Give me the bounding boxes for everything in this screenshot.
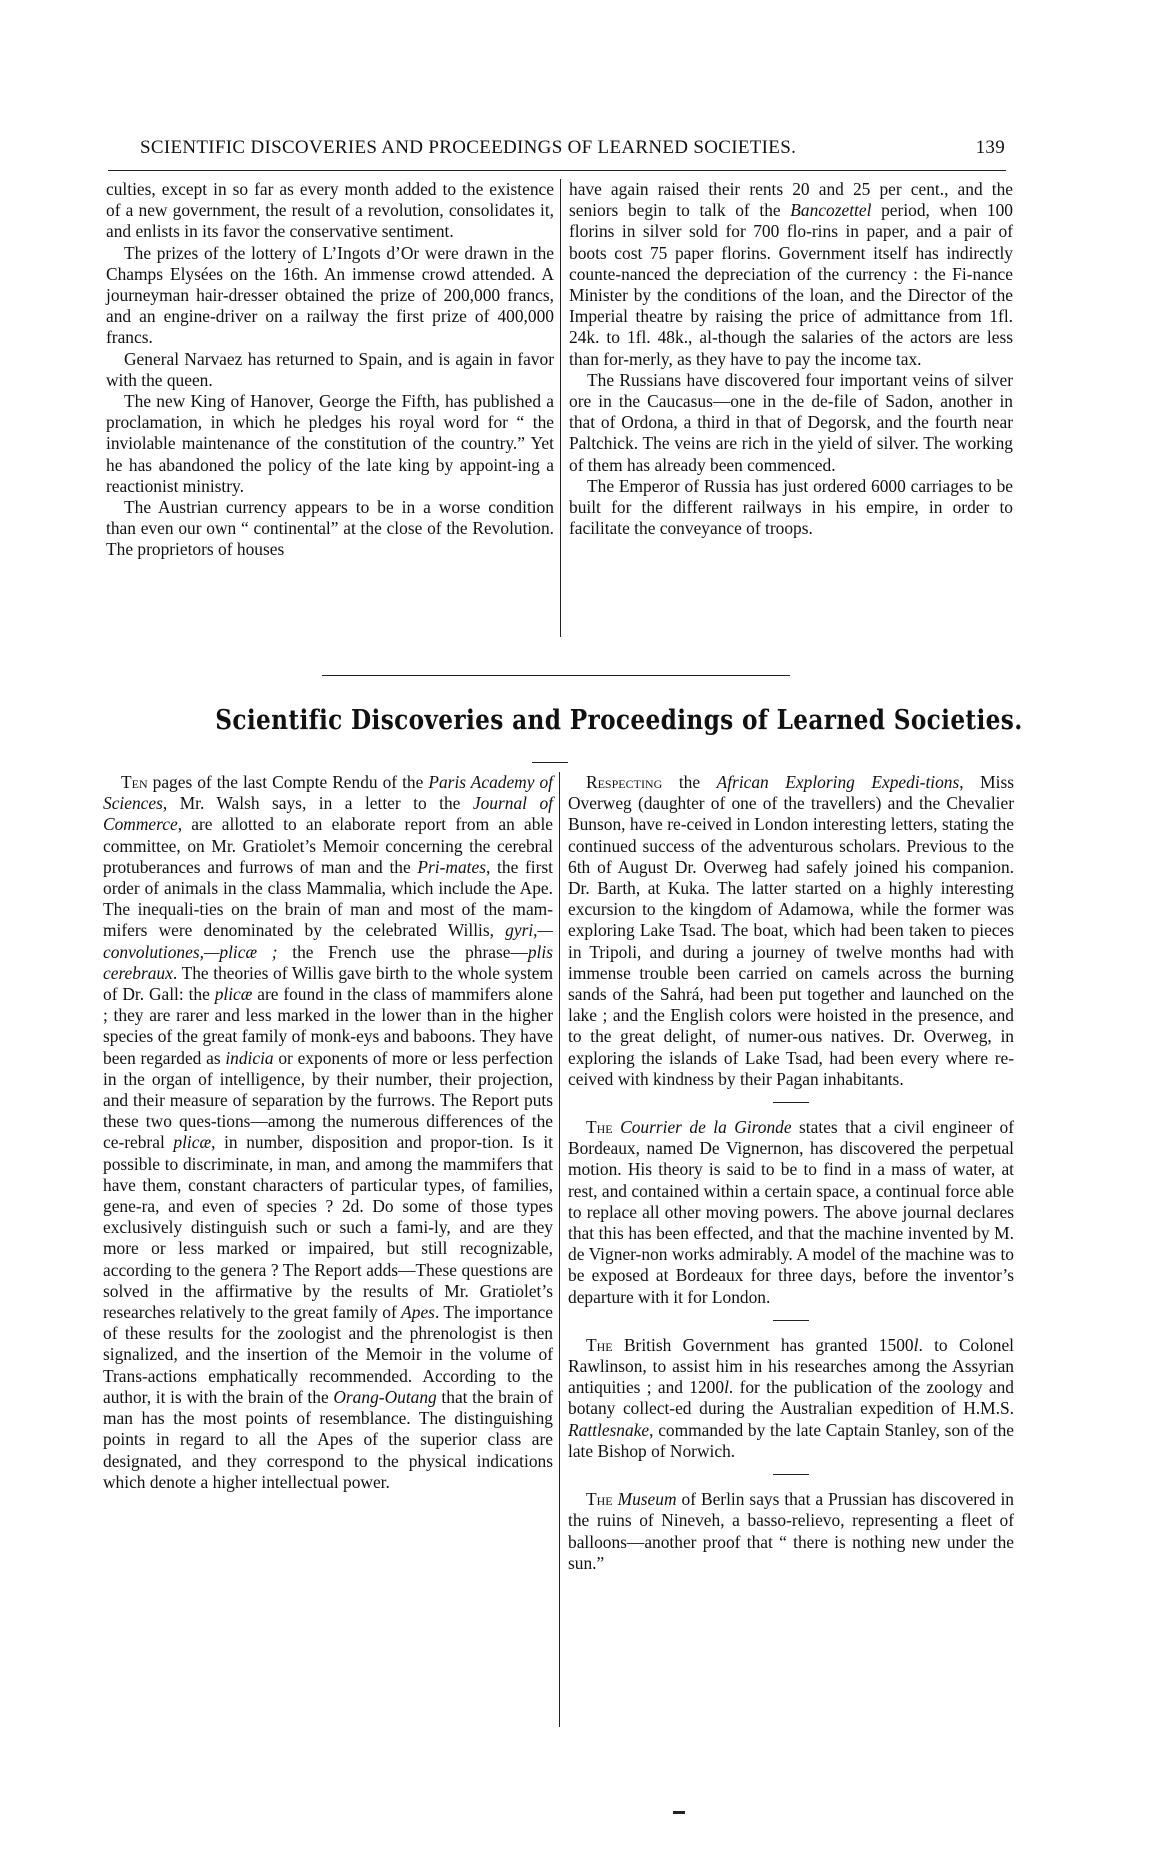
italic-text: l xyxy=(724,1377,729,1397)
section-divider-rule xyxy=(322,675,790,676)
top-left-column: culties, except in so far as every month… xyxy=(106,179,560,637)
paragraph: have again raised their rents 20 and 25 … xyxy=(569,179,1013,370)
italic-text: indicia xyxy=(225,1048,273,1068)
paragraph: The Austrian currency appears to be in a… xyxy=(106,497,554,561)
lead-word: The xyxy=(586,1489,613,1509)
italic-text: Apes xyxy=(401,1302,435,1322)
section-title: Scientific Discoveries and Proceedings o… xyxy=(215,705,894,736)
paragraph-separator xyxy=(773,1102,809,1103)
lead-word: Ten xyxy=(121,772,148,792)
italic-text: l xyxy=(914,1335,919,1355)
lead-word: Respecting xyxy=(586,772,662,792)
top-right-column: have again raised their rents 20 and 25 … xyxy=(561,179,1013,637)
paragraph: The prizes of the lottery of L’Ingots d’… xyxy=(106,243,554,349)
italic-text: Pri-mates xyxy=(417,857,486,877)
lead-word: The xyxy=(586,1117,613,1137)
running-head: SCIENTIFIC DISCOVERIES AND PROCEEDINGS O… xyxy=(140,137,1005,159)
paragraph: The British Government has granted 1500l… xyxy=(568,1335,1014,1462)
printer-mark xyxy=(673,1811,685,1814)
paragraph: The new King of Hanover, George the Fift… xyxy=(106,391,554,497)
paragraph: The Museum of Berlin says that a Prussia… xyxy=(568,1489,1014,1574)
italic-text: Orang-Outang xyxy=(333,1387,436,1407)
lower-right-column: Respecting the African Exploring Expedi-… xyxy=(560,772,1014,1727)
paragraph: culties, except in so far as every month… xyxy=(106,179,554,243)
paragraph: The Emperor of Russia has just ordered 6… xyxy=(569,476,1013,540)
lower-section-columns: Ten pages of the last Compte Rendu of th… xyxy=(103,772,1014,1727)
title-underline-rule xyxy=(532,762,568,763)
paragraph: Respecting the African Exploring Expedi-… xyxy=(568,772,1014,1090)
top-section-columns: culties, except in so far as every month… xyxy=(106,179,1013,637)
paragraph: The Russians have discovered four import… xyxy=(569,370,1013,476)
document-page: SCIENTIFIC DISCOVERIES AND PROCEEDINGS O… xyxy=(0,0,1152,1875)
running-head-title: SCIENTIFIC DISCOVERIES AND PROCEEDINGS O… xyxy=(140,137,796,159)
lower-left-column: Ten pages of the last Compte Rendu of th… xyxy=(103,772,559,1727)
italic-text: Journal of Commerce xyxy=(103,793,553,834)
paragraph-separator xyxy=(773,1320,809,1321)
paragraph-separator xyxy=(773,1474,809,1475)
paragraph: The Courrier de la Gironde states that a… xyxy=(568,1117,1014,1308)
italic-text: Rattlesnake xyxy=(568,1420,649,1440)
italic-text: African Exploring Expedi-tions xyxy=(717,772,960,792)
italic-text: Courrier de la Gironde xyxy=(620,1117,791,1137)
header-rule xyxy=(108,170,1006,171)
lead-word: The xyxy=(586,1335,613,1355)
page-number: 139 xyxy=(976,137,1005,159)
paragraph: General Narvaez has returned to Spain, a… xyxy=(106,349,554,391)
italic-text: Museum xyxy=(618,1489,677,1509)
italic-text: plicæ xyxy=(215,984,253,1004)
paragraph: Ten pages of the last Compte Rendu of th… xyxy=(103,772,553,1493)
italic-text: plicæ xyxy=(173,1132,211,1152)
italic-text: Bancozettel xyxy=(790,200,871,220)
italic-text: gyri,—convolutiones,—plicæ ; xyxy=(103,920,553,961)
